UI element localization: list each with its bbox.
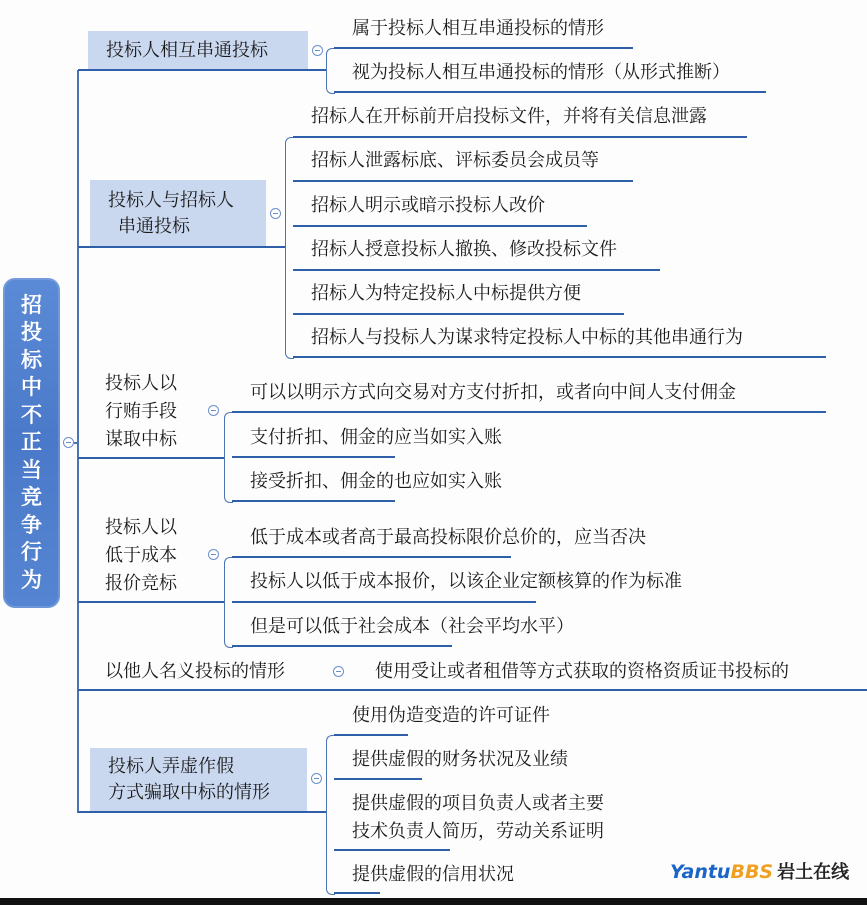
- leaf-underline: [334, 778, 422, 780]
- leaf-item[interactable]: 提供虚假的项目负责人或者主要 技术负责人简历，劳动关系证明: [352, 790, 604, 846]
- root-char: 争: [21, 512, 42, 540]
- leaf-underline: [232, 556, 511, 558]
- leaf-item[interactable]: 支付折扣、佣金的应当如实入账: [250, 425, 502, 451]
- root-char: 当: [21, 457, 42, 485]
- leaf-item[interactable]: 使用受让或者租借等方式获取的资格资质证书投标的: [375, 659, 789, 685]
- branch-node-bidder-tenderer-collusion[interactable]: 投标人与招标人 串通投标: [90, 180, 266, 247]
- leaf-underline: [293, 225, 587, 227]
- leaf-underline: [232, 456, 395, 458]
- leaf-item[interactable]: 视为投标人相互串通投标的情形（从形式推断）: [352, 60, 730, 86]
- leaf-underline: [293, 136, 747, 138]
- branch-label: 行贿手段: [105, 398, 205, 426]
- collapse-toggle-icon[interactable]: [311, 773, 322, 784]
- collapse-toggle-icon[interactable]: [333, 666, 344, 677]
- branch-label: 投标人以: [105, 514, 205, 542]
- leaf-item[interactable]: 但是可以低于社会成本（社会平均水平）: [250, 614, 574, 640]
- collapse-toggle-icon[interactable]: [208, 549, 219, 560]
- child-bracket: [326, 735, 335, 895]
- leaf-underline: [334, 892, 380, 894]
- branch-underline: [78, 457, 225, 459]
- branch-label: 投标人弄虚作假: [108, 754, 307, 780]
- branch-node-colluding-bidders[interactable]: 投标人相互串通投标: [88, 31, 308, 70]
- leaf-underline: [232, 601, 536, 603]
- leaf-item[interactable]: 投标人以低于成本报价，以该企业定额核算的作为标准: [250, 569, 682, 595]
- collapse-toggle-icon[interactable]: [270, 208, 281, 219]
- root-char: 招: [21, 292, 42, 320]
- root-node[interactable]: 招 投 标 中 不 正 当 竞 争 行 为: [3, 278, 60, 608]
- leaf-item[interactable]: 招标人与投标人为谋求特定投标人中标的其他串通行为: [311, 325, 743, 351]
- leaf-item[interactable]: 可以以明示方式向交易对方支付折扣，或者向中间人支付佣金: [250, 380, 736, 406]
- leaf-line: 技术负责人简历，劳动关系证明: [352, 818, 604, 846]
- bottom-border: [0, 898, 867, 905]
- root-char: 竞: [21, 484, 42, 512]
- leaf-line: 提供虚假的项目负责人或者主要: [352, 790, 604, 818]
- watermark-logo: YantuBBS岩土在线: [670, 858, 849, 884]
- root-char: 投: [21, 319, 42, 347]
- branch-underline: [78, 601, 225, 603]
- branch-label: 投标人与招标人: [108, 188, 266, 214]
- child-bracket: [326, 48, 335, 94]
- leaf-underline: [293, 269, 660, 271]
- leaf-underline: [293, 313, 624, 315]
- collapse-toggle-icon[interactable]: [208, 405, 219, 416]
- leaf-underline: [293, 180, 633, 182]
- branch-node-bribery[interactable]: 投标人以 行贿手段 谋取中标: [105, 370, 205, 454]
- leaf-underline: [334, 734, 408, 736]
- branch-label: 投标人以: [105, 370, 205, 398]
- leaf-item[interactable]: 使用伪造变造的许可证件: [352, 703, 550, 729]
- branch-underline: [78, 69, 326, 71]
- root-char: 为: [21, 567, 42, 595]
- child-bracket: [285, 137, 294, 359]
- leaf-item[interactable]: 招标人明示或暗示投标人改价: [311, 193, 545, 219]
- leaf-item[interactable]: 提供虚假的财务状况及业绩: [352, 747, 568, 773]
- branch-label: 谋取中标: [105, 426, 205, 454]
- branch-node-below-cost[interactable]: 投标人以 低于成本 报价竞标: [105, 514, 205, 598]
- collapse-toggle-icon[interactable]: [312, 45, 323, 56]
- branch-underline: [78, 246, 286, 248]
- leaf-item[interactable]: 属于投标人相互串通投标的情形: [352, 16, 604, 42]
- connector: [74, 442, 79, 444]
- leaf-item[interactable]: 招标人授意投标人撤换、修改投标文件: [311, 237, 617, 263]
- leaf-underline: [334, 91, 766, 93]
- branch-node-fraud[interactable]: 投标人弄虚作假 方式骗取中标的情形: [90, 748, 307, 812]
- branch-label: 报价竞标: [105, 570, 205, 598]
- root-char: 行: [21, 539, 42, 567]
- logo-latin: Yantu: [670, 861, 730, 883]
- leaf-underline: [232, 645, 452, 647]
- root-char: 不: [21, 402, 42, 430]
- branch-underline: [78, 811, 327, 813]
- root-char: 标: [21, 347, 42, 375]
- root-char: 中: [21, 374, 42, 402]
- branch-label: 方式骗取中标的情形: [108, 780, 307, 806]
- leaf-item[interactable]: 接受折扣、佣金的也应如实入账: [250, 469, 502, 495]
- branch-label: 串通投标: [108, 214, 266, 240]
- mind-map: 招 投 标 中 不 正 当 竞 争 行 为 投标人相互串通投标 属于投标人相互串…: [0, 0, 867, 905]
- leaf-item[interactable]: 提供虚假的信用状况: [352, 862, 514, 888]
- leaf-underline: [334, 849, 450, 851]
- root-char: 正: [21, 429, 42, 457]
- leaf-item[interactable]: 低于成本或者高于最高投标限价总价的，应当否决: [250, 525, 646, 551]
- logo-cn: 岩土在线: [777, 862, 849, 883]
- branch-underline: [78, 689, 867, 691]
- branch-node-others-name[interactable]: 以他人名义投标的情形: [105, 659, 285, 685]
- leaf-underline: [293, 356, 826, 358]
- leaf-item[interactable]: 招标人在开标前开启投标文件，并将有关信息泄露: [311, 104, 707, 130]
- logo-accent: BBS: [730, 861, 773, 883]
- leaf-underline: [232, 411, 826, 413]
- leaf-underline: [232, 500, 395, 502]
- branch-label: 低于成本: [105, 542, 205, 570]
- leaf-item[interactable]: 招标人泄露标底、评标委员会成员等: [311, 148, 599, 174]
- leaf-item[interactable]: 招标人为特定投标人中标提供方便: [311, 281, 581, 307]
- collapse-toggle-icon[interactable]: [63, 437, 74, 448]
- leaf-underline: [334, 47, 633, 49]
- branch-label: 投标人相互串通投标: [106, 38, 308, 64]
